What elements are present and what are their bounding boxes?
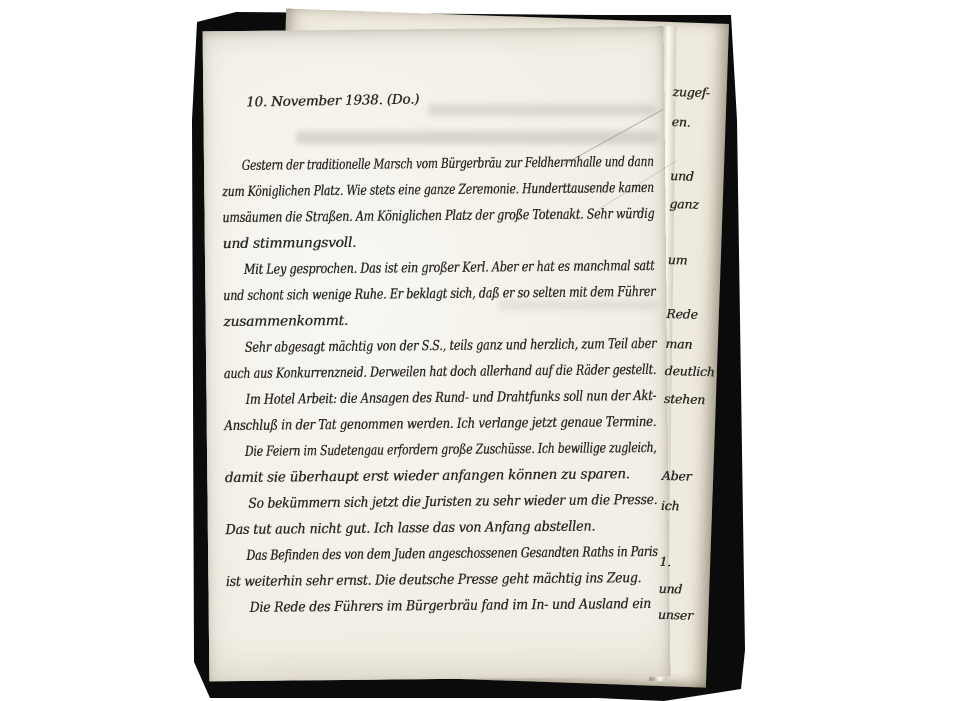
handwriting-line: Das Befinden des von dem Juden angeschos…: [226, 540, 571, 569]
page2-fragment: Rede: [666, 306, 698, 322]
handwriting-line: Sehr abgesagt mächtig von der S.S., teil…: [224, 332, 575, 361]
handwriting-line: damit sie überhaupt erst wieder anfangen…: [225, 461, 645, 491]
page2-fragment: Aber: [662, 468, 692, 484]
page2-fragment: man: [665, 336, 692, 352]
handwriting-line: Die Rede des Führers im Bürgerbräu fand …: [226, 591, 615, 621]
page2-fragment: en.: [671, 114, 690, 130]
handwriting-line: und schont sich wenige Ruhe. Er beklagt …: [223, 280, 569, 309]
handwriting-line: zum Königlichen Platz. Wie stets eine ga…: [222, 176, 558, 205]
handwriting-line: Das tut auch nicht gut. Ich lasse das vo…: [225, 513, 625, 543]
handwriting-line: ist weiterhin sehr ernst. Die deutsche P…: [226, 565, 610, 595]
page2-fragment: ganz: [669, 196, 699, 212]
handwriting-line: auch aus Konkurrenzneid. Derweilen hat d…: [224, 358, 570, 387]
page2-fragment: deutlich: [664, 363, 714, 379]
handwriting-line: Im Hotel Arbeit: die Ansagen des Rund- u…: [224, 384, 580, 413]
page2-fragment: unser: [658, 607, 693, 623]
handwriting-line: Anschluß in der Tat genommen werden. Ich…: [224, 410, 587, 439]
scanned-diary-page: 10. November 1938. (Do.) Gestern der tra…: [0, 0, 957, 701]
page2-fragment: und: [658, 581, 682, 597]
handwriting-line: Die Feiern im Sudetengau erfordern große…: [225, 436, 561, 465]
page2-fragment: 1.: [659, 554, 671, 569]
ink-bleed-smudge: [428, 104, 656, 116]
handwriting-body: Gestern der traditionelle Marsch vom Bür…: [222, 149, 658, 621]
handwriting-line: umsäumen die Straßen. Am Königlichen Pla…: [222, 202, 567, 231]
handwriting-line: So bekümmern sich jetzt die Juristen zu …: [225, 487, 608, 517]
page2-fragment: stehen: [664, 391, 706, 407]
date-heading: 10. November 1938. (Do.): [246, 91, 419, 110]
page2-fragment: und: [670, 168, 694, 184]
page2-fragment: zugef-: [672, 84, 710, 100]
handwriting-line: Gestern der traditionelle Marsch vom Bür…: [222, 150, 551, 179]
handwriting-line: Mit Ley gesprochen. Das ist ein großer K…: [223, 254, 572, 283]
page2-fragment: um: [668, 252, 688, 268]
page2-fragment: ich: [661, 498, 680, 514]
